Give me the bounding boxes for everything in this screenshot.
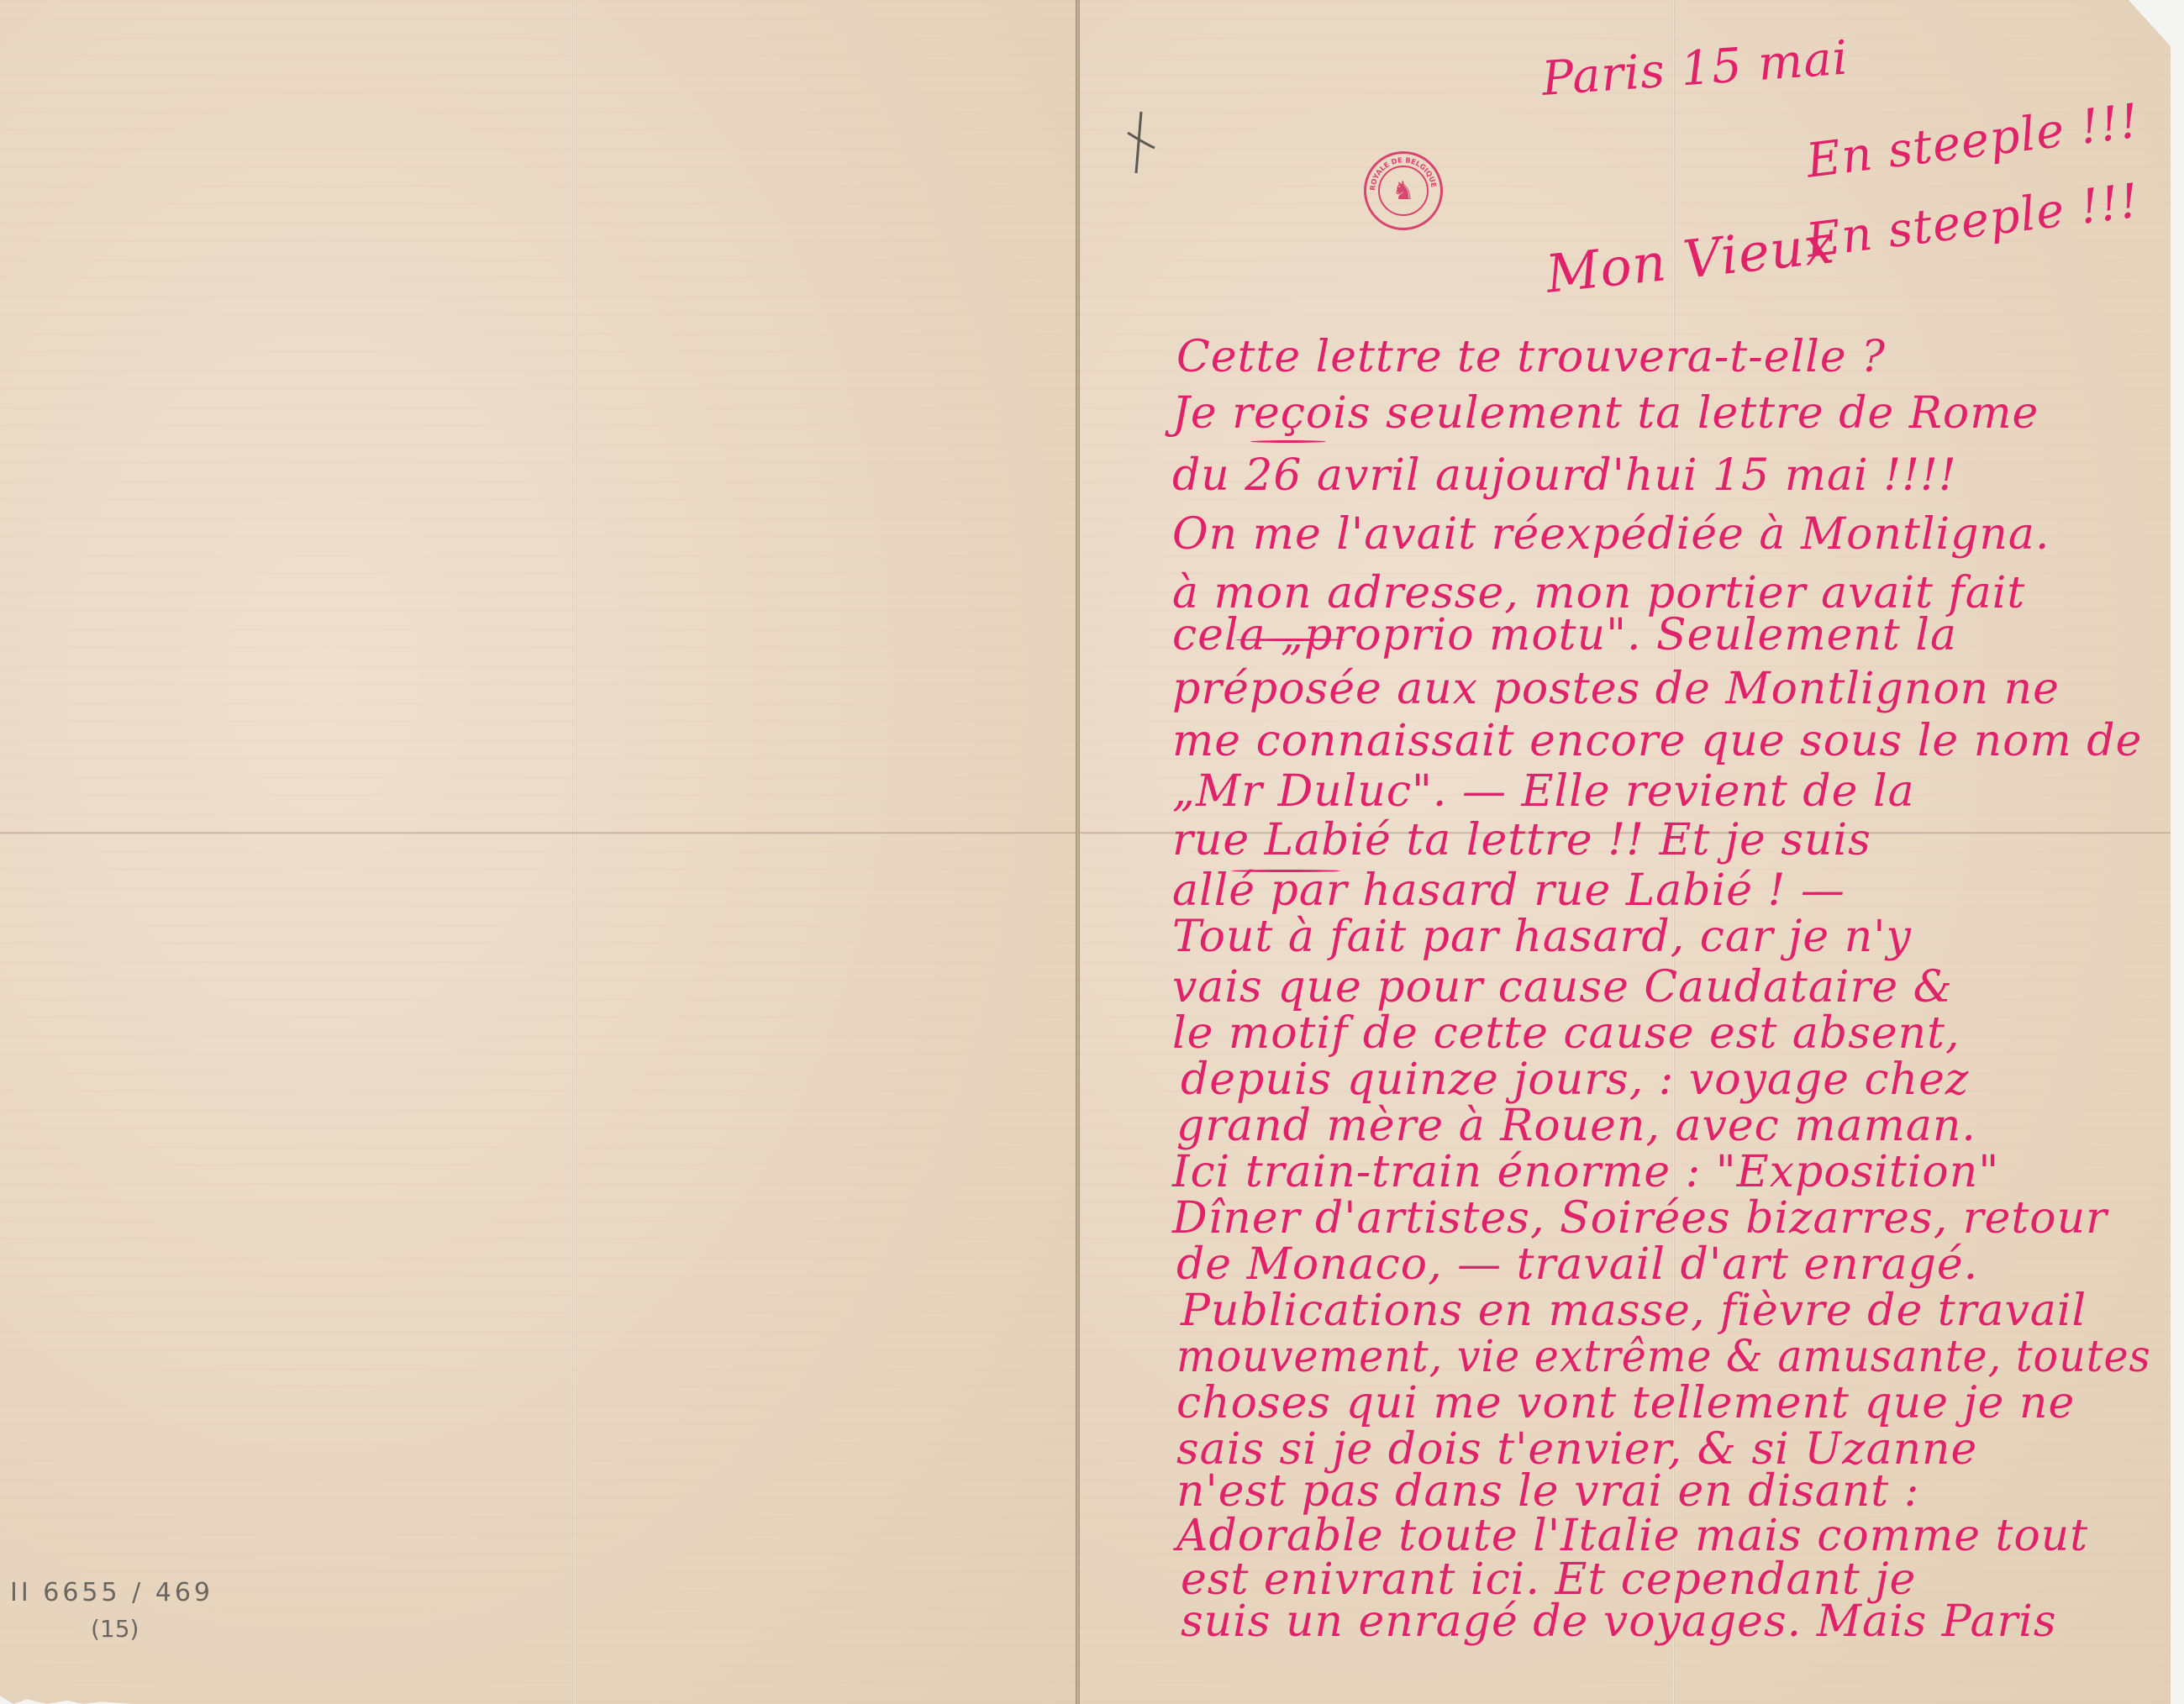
left-page <box>0 0 1077 1704</box>
body-line: Je reçois seulement ta lettre de Rome <box>1172 388 2039 439</box>
body-line: n'est pas dans le vrai en disant : <box>1176 1466 1919 1517</box>
page-gutter <box>1076 0 1080 1704</box>
body-line: allé par hasard rue Labié ! — <box>1172 865 1845 916</box>
body-line: suis un enragé de voyages. Mais Paris <box>1181 1596 2057 1647</box>
body-line: Dîner d'artistes, Soirées bizarres, reto… <box>1172 1193 2108 1244</box>
body-line: On me l'avait réexpédiée à Montligna. <box>1172 509 2050 560</box>
body-line: Cette lettre te trouvera-t-elle ? <box>1176 332 1886 382</box>
body-line: préposée aux postes de Montlignon ne <box>1172 664 2060 714</box>
body-line: me connaissait encore que sous le nom de <box>1172 716 2142 766</box>
body-line: „Mr Duluc". — Elle revient de la <box>1172 766 1915 817</box>
body-line: rue Labié ta lettre !! Et je suis <box>1172 815 1871 865</box>
body-line: vais que pour cause Caudataire & <box>1172 962 1953 1012</box>
vertical-fold-left <box>574 0 576 1704</box>
body-line: choses qui me vont tellement que je ne <box>1176 1378 2075 1428</box>
body-line: depuis quinze jours, : voyage chez <box>1181 1054 1969 1105</box>
underline-par-hasard <box>1231 870 1340 872</box>
seal-stamp: ROYALE DE BELGIQUE ♞ <box>1364 151 1443 230</box>
body-line: grand mère à Rouen, avec maman. <box>1176 1101 1976 1151</box>
pencil-cross-icon <box>1126 108 1156 175</box>
body-line: cela „proprio motu". Seulement la <box>1172 610 1957 660</box>
body-line: Tout à fait par hasard, car je n'y <box>1172 912 1912 962</box>
body-line: le motif de cette cause est absent, <box>1172 1008 1960 1059</box>
body-line: Adorable toute l'Italie mais comme tout <box>1176 1511 2088 1561</box>
lion-emblem-icon: ♞ <box>1378 166 1429 216</box>
body-line: Publications en masse, fièvre de travail <box>1181 1286 2087 1336</box>
body-line: Ici train-train énorme : "Exposition" <box>1172 1147 1999 1197</box>
archive-subnumber: (15) <box>91 1615 139 1643</box>
underline-proprio-motu <box>1235 639 1345 641</box>
body-line: de Monaco, — travail d'art enragé. <box>1176 1239 1978 1290</box>
archive-number: II 6655 / 469 <box>10 1578 213 1607</box>
letter-scan: II 6655 / 469 (15) ROYALE DE BELGIQUE ♞ … <box>0 0 2184 1704</box>
body-line: du 26 avril aujourd'hui 15 mai !!!! <box>1172 450 1957 501</box>
underline-seulement <box>1250 440 1326 443</box>
body-line: mouvement, vie extrême & amusante, toute… <box>1176 1332 2151 1382</box>
